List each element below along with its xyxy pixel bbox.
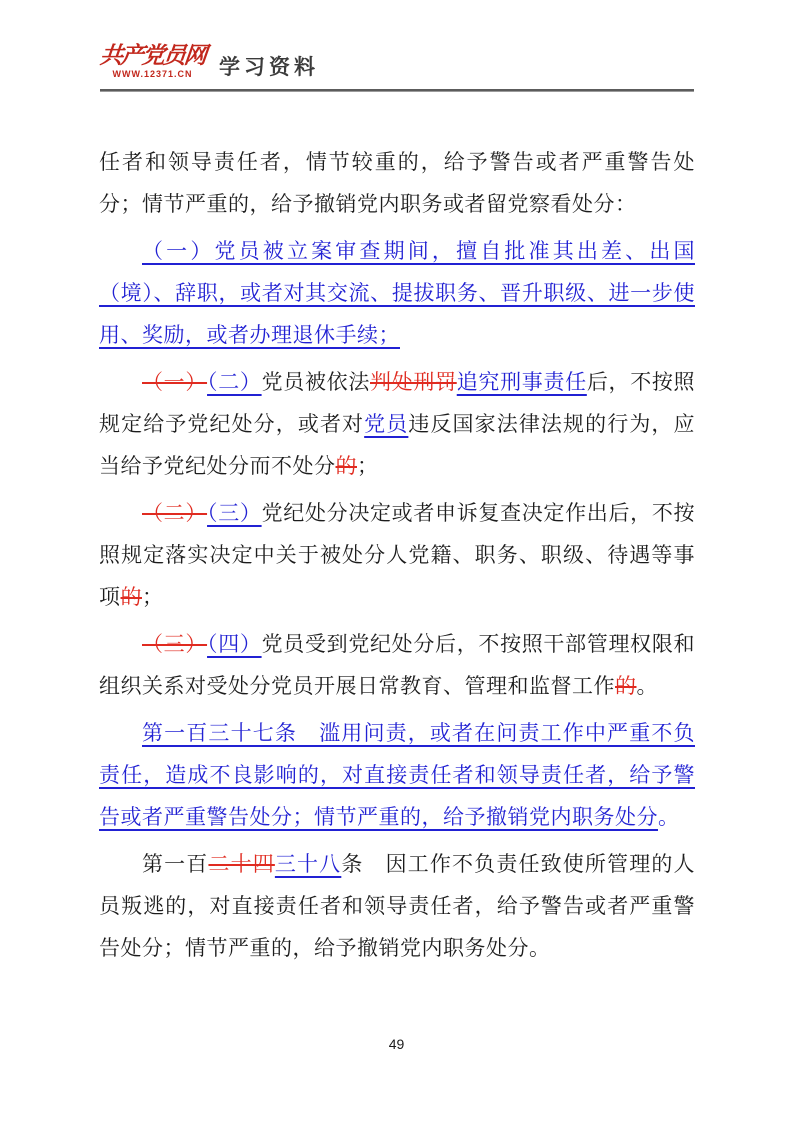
document-page: 共产党员网 WWW.12371.CN 学习资料 任者和领导责任者，情节较重的，给… [0, 0, 793, 1122]
site-logo: 共产党员网 WWW.12371.CN [100, 44, 205, 79]
text-run: ； [357, 454, 379, 478]
deleted-text-run: 的 [615, 674, 637, 698]
inserted-text-run: 第一百三十七条 滥用问责，或者在问责工作中严重不负责任，造成不良影响的，对直接责… [99, 721, 695, 829]
header-rule-divider [100, 89, 694, 92]
deleted-text-run: （一） [142, 370, 207, 394]
deleted-text-run: （三） [142, 632, 207, 656]
paragraph: （一）（二）党员被依法判处刑罚追究刑事责任后，不按照规定给予党纪处分，或者对党员… [99, 361, 695, 487]
text-run: 第一百 [142, 852, 208, 876]
deleted-text-run: （二） [142, 501, 207, 525]
paragraph: 任者和领导责任者，情节较重的，给予警告或者严重警告处分；情节严重的，给予撤销党内… [99, 141, 695, 225]
deleted-text-run: 判处刑罚 [370, 370, 457, 394]
logo-calligraphy-text: 共产党员网 [99, 44, 206, 67]
text-run: ； [142, 585, 164, 609]
page-header: 共产党员网 WWW.12371.CN 学习资料 [100, 44, 694, 81]
page-footer: 49 [0, 1036, 793, 1052]
deleted-text-run: 的 [121, 585, 143, 609]
document-body: 任者和领导责任者，情节较重的，给予警告或者严重警告处分；情节严重的，给予撤销党内… [99, 141, 695, 974]
inserted-text-run: （三） [207, 501, 262, 525]
inserted-text-run: 。 [658, 805, 680, 829]
page-number: 49 [389, 1036, 405, 1052]
text-run: 。 [637, 674, 659, 698]
inserted-text-run: 三十八 [275, 852, 341, 876]
text-run: 党员被依法 [262, 370, 370, 394]
deleted-text-run: 的 [336, 454, 358, 478]
text-run: 任者和领导责任者，情节较重的，给予警告或者严重警告处分；情节严重的，给予撤销党内… [99, 150, 695, 216]
paragraph: （一）党员被立案审查期间，擅自批准其出差、出国（境）、辞职，或者对其交流、提拔职… [99, 230, 695, 356]
inserted-text-run: （四） [207, 632, 262, 656]
header-title: 学习资料 [219, 51, 319, 81]
paragraph: （三）（四）党员受到党纪处分后，不按照干部管理权限和组织关系对受处分党员开展日常… [99, 623, 695, 707]
paragraph: 第一百三十七条 滥用问责，或者在问责工作中严重不负责任，造成不良影响的，对直接责… [99, 712, 695, 838]
inserted-text-run: （一）党员被立案审查期间，擅自批准其出差、出国（境）、辞职，或者对其交流、提拔职… [99, 239, 695, 347]
inserted-text-run: 追究刑事责任 [457, 370, 587, 394]
logo-url-text: WWW.12371.CN [112, 70, 192, 79]
inserted-text-run: 党员 [364, 412, 408, 436]
paragraph: （二）（三）党纪处分决定或者申诉复查决定作出后，不按照规定落实决定中关于被处分人… [99, 492, 695, 618]
inserted-text-run: （二） [207, 370, 262, 394]
deleted-text-run: 二十四 [208, 852, 274, 876]
paragraph: 第一百二十四三十八条 因工作不负责任致使所管理的人员叛逃的，对直接责任者和领导责… [99, 843, 695, 969]
